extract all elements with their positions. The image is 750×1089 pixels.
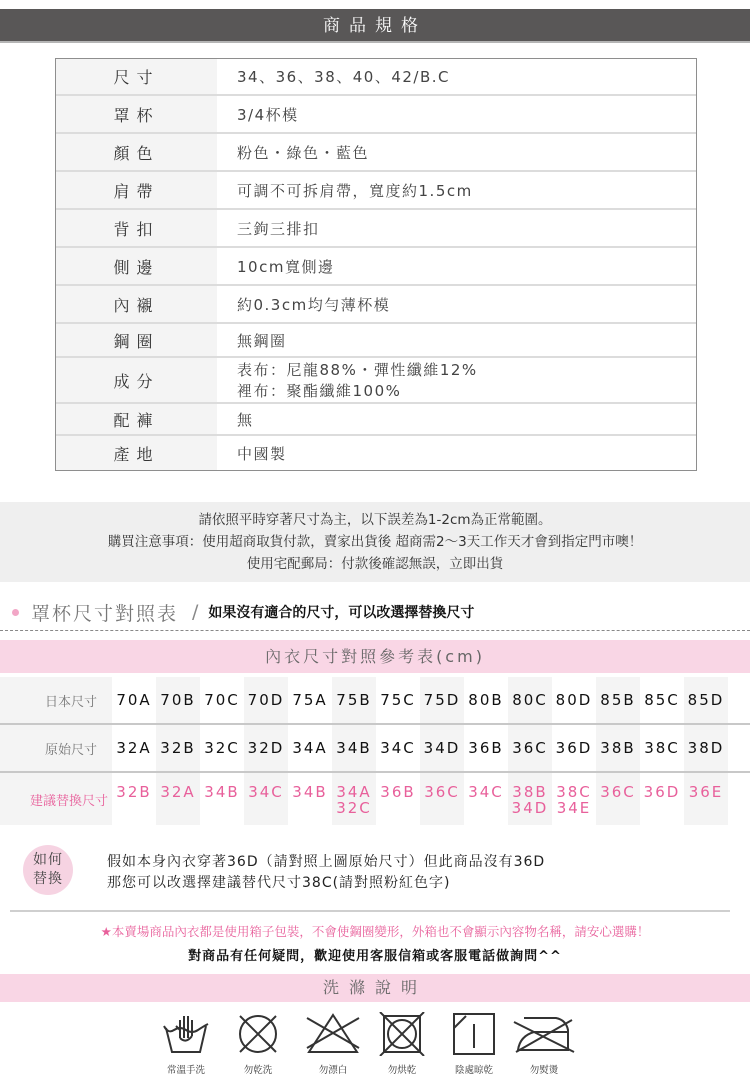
size-chart-row-label: 日本尺寸 <box>0 677 112 723</box>
care-label: 勿熨燙 <box>530 1062 559 1076</box>
care-label: 勿乾洗 <box>244 1062 273 1076</box>
size-chart-row-label: 原始尺寸 <box>0 725 112 771</box>
size-chart-cell: 75A <box>288 677 332 723</box>
spec-value-line: 約0.3cm均勻薄杯模 <box>237 294 696 315</box>
size-value: 32B <box>160 740 195 756</box>
spec-row: 成分表布：尼龍88%・彈性纖維12%裡布：聚酯纖維100% <box>56 358 696 404</box>
spec-row: 背扣三鉤三排扣 <box>56 210 696 248</box>
size-chart-cell: 36C <box>508 725 552 771</box>
spec-value-line: 無 <box>237 409 696 430</box>
size-chart-cell: 70C <box>200 677 244 723</box>
size-value: 34B <box>292 784 327 800</box>
size-value: 34E <box>557 800 592 816</box>
spec-value-line: 三鉤三排扣 <box>237 218 696 239</box>
spec-value-line: 3/4杯模 <box>237 104 696 125</box>
size-chart-row: 原始尺寸32A32B32C32D34A34B34C34D36B36C36D38B… <box>0 725 750 773</box>
section-divider: / <box>192 601 198 623</box>
size-value: 38B <box>600 740 635 756</box>
spec-value: 3/4杯模 <box>217 96 696 132</box>
spec-label: 側邊 <box>56 248 217 284</box>
size-value: 85B <box>600 692 635 708</box>
howto-badge: 如何 替換 <box>23 845 73 895</box>
size-chart-cell: 38B <box>596 725 640 771</box>
size-chart-cell: 70A <box>112 677 156 723</box>
size-chart-cell: 36B <box>376 773 420 825</box>
section-subtitle: 如果沒有適合的尺寸，可以改選擇替換尺寸 <box>208 602 474 622</box>
size-value: 36C <box>600 784 636 800</box>
size-value: 32C <box>204 740 240 756</box>
size-chart-cell: 32D <box>244 725 288 771</box>
size-value: 36B <box>468 740 503 756</box>
howto-line-1: 假如本身內衣穿著36D（請對照上圖原始尺寸）但此商品沒有36D <box>107 852 545 873</box>
washing-title-bar: 洗滌說明 <box>0 974 750 1002</box>
size-chart-cell: 70B <box>156 677 200 723</box>
size-chart-cell: 32B <box>156 725 200 771</box>
spec-row: 側邊10cm寬側邊 <box>56 248 696 286</box>
size-chart-cell: 36D <box>552 725 596 771</box>
size-chart-cell: 75C <box>376 677 420 723</box>
size-chart-cell: 34A32C <box>332 773 376 825</box>
spec-value: 約0.3cm均勻薄杯模 <box>217 286 696 322</box>
size-value: 75C <box>380 692 416 708</box>
spec-label: 成分 <box>56 358 217 402</box>
spec-label: 罩杯 <box>56 96 217 132</box>
care-label: 陰處晾乾 <box>455 1062 493 1076</box>
dotted-divider <box>0 630 750 631</box>
care-label: 常溫手洗 <box>167 1062 205 1076</box>
no-dry-clean-icon <box>234 1012 282 1056</box>
size-value: 34A <box>292 740 327 756</box>
size-chart-title: 內衣尺寸對照參考表(cm) <box>265 647 485 666</box>
size-value: 34C <box>248 784 284 800</box>
size-chart-row: 建議替換尺寸32B32A34B34C34B34A32C36B36C34C38B3… <box>0 773 750 825</box>
spec-value-line: 34、36、38、40、42/B.C <box>237 66 696 87</box>
section-title: 罩杯尺寸對照表 <box>31 599 178 626</box>
spec-value: 表布：尼龍88%・彈性纖維12%裡布：聚酯纖維100% <box>217 358 696 402</box>
washing-title: 洗滌說明 <box>323 978 427 997</box>
care-item-no-dry-clean: 勿乾洗 <box>234 1012 282 1076</box>
size-value: 80D <box>556 692 593 708</box>
size-chart-cell: 36C <box>596 773 640 825</box>
spec-value-line: 裡布：聚酯纖維100% <box>237 380 696 401</box>
size-chart-cell: 36B <box>464 725 508 771</box>
spec-value: 粉色・綠色・藍色 <box>217 134 696 170</box>
size-chart-cell: 36E <box>684 773 728 825</box>
spec-table: 尺寸34、36、38、40、42/B.C罩杯3/4杯模顏色粉色・綠色・藍色肩帶可… <box>55 58 697 471</box>
spec-row: 內襯約0.3cm均勻薄杯模 <box>56 286 696 324</box>
size-value: 32D <box>248 740 285 756</box>
size-value: 32A <box>116 740 151 756</box>
spec-value: 三鉤三排扣 <box>217 210 696 246</box>
size-chart-cell: 34B <box>200 773 244 825</box>
packaging-note: ★本賣場商品內衣都是使用箱子包裝，不會使鋼圈變形，外箱也不會顯示內容物名稱，請安… <box>0 922 750 940</box>
spec-row: 顏色粉色・綠色・藍色 <box>56 134 696 172</box>
size-value: 34B <box>336 740 371 756</box>
no-bleach-icon <box>305 1012 361 1056</box>
size-chart-cell: 75D <box>420 677 464 723</box>
size-chart-title-bar: 內衣尺寸對照參考表(cm) <box>0 640 750 673</box>
size-chart-row-label: 建議替換尺寸 <box>0 773 112 825</box>
size-chart-cell: 38C34E <box>552 773 596 825</box>
spec-value: 10cm寬側邊 <box>217 248 696 284</box>
size-value: 38D <box>688 740 725 756</box>
size-chart-cell: 75B <box>332 677 376 723</box>
spec-row: 鋼圈無鋼圈 <box>56 324 696 358</box>
care-label: 勿烘乾 <box>388 1062 417 1076</box>
size-value: 80C <box>512 692 548 708</box>
spec-value: 無 <box>217 404 696 434</box>
size-value: 32A <box>160 784 195 800</box>
size-chart-cell: 34C <box>376 725 420 771</box>
size-value: 75B <box>336 692 371 708</box>
size-value: 36C <box>512 740 548 756</box>
size-chart-cell: 32A <box>112 725 156 771</box>
size-chart-cell: 85C <box>640 677 684 723</box>
size-chart-cell: 38B34D <box>508 773 552 825</box>
size-value: 36B <box>380 784 415 800</box>
size-chart-cell: 70D <box>244 677 288 723</box>
spec-value-line: 可調不可拆肩帶，寬度約1.5cm <box>237 180 696 201</box>
size-chart-cell: 34D <box>420 725 464 771</box>
size-value: 85C <box>644 692 680 708</box>
size-chart-cell: 34C <box>244 773 288 825</box>
spec-value: 無鋼圈 <box>217 324 696 356</box>
size-value: 32C <box>336 800 372 816</box>
size-chart-cell: 32C <box>200 725 244 771</box>
size-value: 70A <box>116 692 151 708</box>
shade-dry-icon <box>450 1012 498 1056</box>
spec-row: 罩杯3/4杯模 <box>56 96 696 134</box>
size-value: 32B <box>116 784 151 800</box>
size-value: 80B <box>468 692 503 708</box>
gray-divider <box>10 910 730 912</box>
size-value: 34C <box>380 740 416 756</box>
size-chart-cell: 34A <box>288 725 332 771</box>
spec-value: 可調不可拆肩帶，寬度約1.5cm <box>217 172 696 208</box>
size-value: 75D <box>424 692 461 708</box>
spec-row: 產地中國製 <box>56 436 696 470</box>
size-value: 36C <box>424 784 460 800</box>
spec-row: 尺寸34、36、38、40、42/B.C <box>56 59 696 96</box>
spec-value-line: 中國製 <box>237 443 696 464</box>
size-chart-cell: 34B <box>332 725 376 771</box>
size-chart: 日本尺寸70A70B70C70D75A75B75C75D80B80C80D85B… <box>0 677 750 825</box>
section-heading: 罩杯尺寸對照表 / 如果沒有適合的尺寸，可以改選擇替換尺寸 <box>8 597 474 627</box>
size-value: 75A <box>292 692 327 708</box>
size-value: 38C <box>644 740 680 756</box>
spec-row: 肩帶可調不可拆肩帶，寬度約1.5cm <box>56 172 696 210</box>
size-chart-cell: 34B <box>288 773 332 825</box>
size-chart-cell: 80B <box>464 677 508 723</box>
care-item-no-tumble-dry: 勿烘乾 <box>378 1012 426 1076</box>
care-label: 勿漂白 <box>319 1062 348 1076</box>
faq-note: 對商品有任何疑問，歡迎使用客服信箱或客服電話做詢問^^ <box>0 945 750 964</box>
notice-line-1: 請依照平時穿著尺寸為主，以下誤差為1-2cm為正常範圍。 <box>0 509 750 531</box>
size-value: 70C <box>204 692 240 708</box>
size-chart-cell: 38C <box>640 725 684 771</box>
size-chart-cell: 80D <box>552 677 596 723</box>
size-value: 85D <box>688 692 725 708</box>
size-chart-cell: 32B <box>112 773 156 825</box>
bullet-dot-icon <box>12 609 19 616</box>
size-value: 34D <box>424 740 461 756</box>
no-tumble-dry-icon <box>378 1012 426 1056</box>
spec-value: 中國製 <box>217 436 696 470</box>
header-title: 商品規格 <box>323 16 427 36</box>
size-chart-cell: 85D <box>684 677 728 723</box>
size-value: 36E <box>689 784 724 800</box>
spec-label: 顏色 <box>56 134 217 170</box>
care-item-no-bleach: 勿漂白 <box>305 1012 361 1076</box>
care-item-no-iron: 勿熨燙 <box>512 1012 576 1076</box>
notice-line-2: 購買注意事項：使用超商取貨付款，賣家出貨後 超商需2～3天工作天才會到指定門市噢… <box>0 531 750 553</box>
size-value: 70D <box>248 692 285 708</box>
size-chart-cell: 80C <box>508 677 552 723</box>
page-header: 商品規格 <box>0 9 750 43</box>
hand-wash-icon <box>162 1012 210 1056</box>
size-value: 34C <box>468 784 504 800</box>
size-value: 38C <box>556 784 592 800</box>
size-value: 36D <box>644 784 681 800</box>
spec-value-line: 10cm寬側邊 <box>237 256 696 277</box>
size-chart-cell: 34C <box>464 773 508 825</box>
size-value: 34A <box>336 784 371 800</box>
spec-label: 鋼圈 <box>56 324 217 356</box>
spec-value-line: 表布：尼龍88%・彈性纖維12% <box>237 359 696 380</box>
care-item-hand-wash: 常溫手洗 <box>162 1012 210 1076</box>
spec-value: 34、36、38、40、42/B.C <box>217 59 696 94</box>
spec-label: 背扣 <box>56 210 217 246</box>
care-item-shade-dry: 陰處晾乾 <box>450 1012 498 1076</box>
spec-label: 配褲 <box>56 404 217 434</box>
size-value: 34B <box>204 784 239 800</box>
spec-label: 內襯 <box>56 286 217 322</box>
size-chart-cell: 36D <box>640 773 684 825</box>
size-chart-cell: 85B <box>596 677 640 723</box>
size-value: 34D <box>512 800 549 816</box>
spec-label: 肩帶 <box>56 172 217 208</box>
spec-label: 產地 <box>56 436 217 470</box>
spec-label: 尺寸 <box>56 59 217 94</box>
no-iron-icon <box>512 1012 576 1056</box>
spec-value-line: 無鋼圈 <box>237 330 696 351</box>
size-chart-cell: 38D <box>684 725 728 771</box>
size-chart-row: 日本尺寸70A70B70C70D75A75B75C75D80B80C80D85B… <box>0 677 750 725</box>
notice-block: 請依照平時穿著尺寸為主，以下誤差為1-2cm為正常範圍。 購買注意事項：使用超商… <box>0 502 750 582</box>
spec-row: 配褲無 <box>56 404 696 436</box>
howto-badge-line-2: 替換 <box>23 870 73 889</box>
size-value: 36D <box>556 740 593 756</box>
howto-badge-line-1: 如何 <box>23 851 73 870</box>
howto-text: 假如本身內衣穿著36D（請對照上圖原始尺寸）但此商品沒有36D 那您可以改選擇建… <box>107 852 545 894</box>
spec-value-line: 粉色・綠色・藍色 <box>237 142 696 163</box>
size-chart-cell: 32A <box>156 773 200 825</box>
size-chart-cell: 36C <box>420 773 464 825</box>
notice-line-3: 使用宅配郵局：付款後確認無誤，立即出貨 <box>0 553 750 575</box>
howto-line-2: 那您可以改選擇建議替代尺寸38C(請對照粉紅色字) <box>107 873 545 894</box>
size-value: 70B <box>160 692 195 708</box>
size-value: 38B <box>512 784 547 800</box>
